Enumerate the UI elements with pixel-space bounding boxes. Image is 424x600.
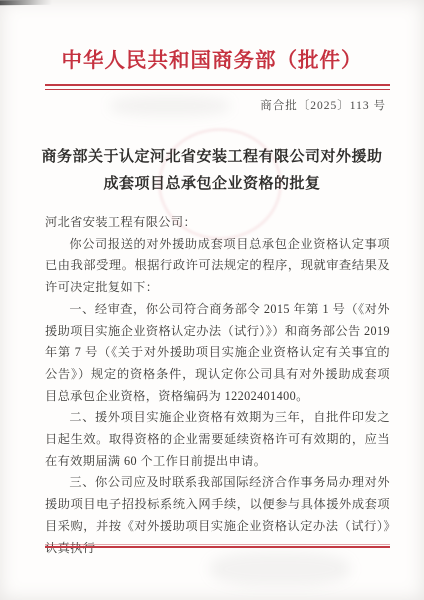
seal-bleed-through [158, 128, 282, 240]
footer-double-red-rule [45, 544, 390, 548]
scan-smudge-artifact [210, 552, 350, 586]
scanned-document-page: 中华人民共和国商务部（批件） 商合批〔2025〕113 号 商务部关于认定河北省… [0, 0, 424, 600]
scan-smudge-artifact [110, 96, 230, 116]
header-double-red-rule [45, 84, 390, 90]
body-paragraph-intro: 你公司报送的对外援助成套项目总承包企业资格认定事项已由我部受理。根据行政许可法规… [45, 234, 390, 299]
body-paragraph-item-1: 一、经审查，你公司符合商务部令 2015 年第 1 号（《对外援助项目实施企业资… [45, 299, 390, 408]
scan-edge-artifact [0, 0, 52, 5]
document-body: 河北省安装工程有限公司： 你公司报送的对外援助成套项目总承包企业资格认定事项已由… [45, 212, 390, 559]
body-paragraph-item-2: 二、援外项目实施企业资格有效期为三年，自批件印发之日起生效。取得资格的企业需要延… [45, 407, 390, 472]
ministry-letterhead-title: 中华人民共和国商务部（批件） [20, 46, 404, 76]
